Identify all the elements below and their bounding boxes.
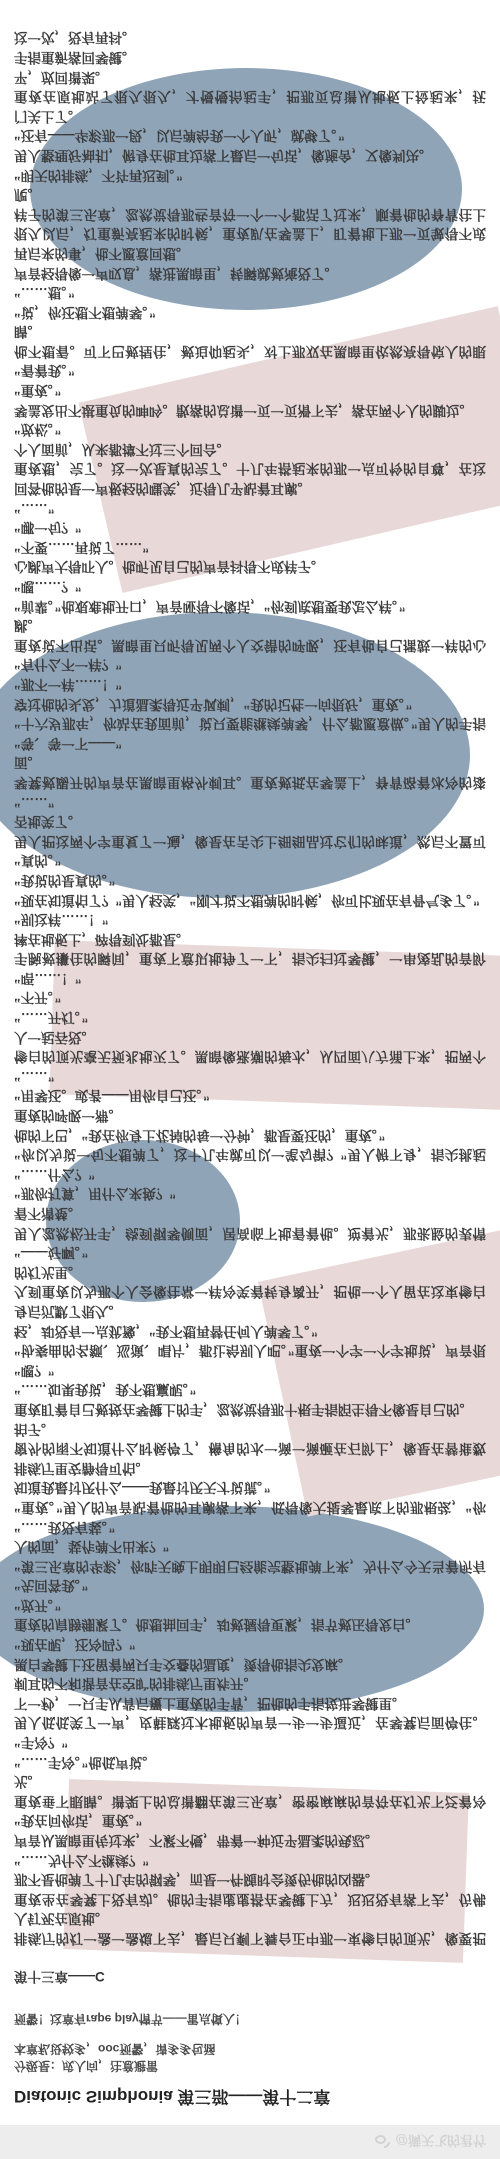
paragraph: 久到重夜以为那个人会像往常一样冷笑着转身离开，把他一个人留在这束惨白的灯光里。 xyxy=(14,1262,486,1301)
paragraph: 重夜说不出话。黑暗里只听得见两个人交错的呼吸，还有他自己擂鼓一样的心跳。 xyxy=(14,616,486,655)
paragraph: “不开。” xyxy=(14,988,486,1008)
paragraph: “重夜。” xyxy=(14,381,486,401)
paragraph: “前辈。”他艰难地开口，声音哑得不像话，“你到底想要我怎么样。” xyxy=(14,596,486,616)
paragraph: 男人低低笑了一声，皮鞋踩过木地板的声音一步一步逼近，在琴凳后面停住。下一秒，一只… xyxy=(14,1693,486,1732)
paragraph: 很久以后，灯重新亮起来的时候，重夜趴在琴盖上，盯着地上那一页皱得不成样子的第三乐… xyxy=(14,185,486,244)
paragraph: “唔……！” xyxy=(14,968,486,988)
paragraph: 刺耳的不和谐音在空旷的排练厅里炸开。 xyxy=(14,1674,486,1694)
paragraph: 男人整理好袖扣，俯身在他耳边落下最后一句话，像施舍，又像判决。 xyxy=(14,145,486,165)
paragraph: “用琴还。或者——用你自己还。” xyxy=(14,1086,486,1106)
content-warning-line: 预警！这章有rape play情节——雷点慎入！ xyxy=(14,2010,486,2027)
paragraph: 排练厅里安静得可怕。 xyxy=(14,1458,486,1478)
paragraph: “……手冷。”他低声说。 xyxy=(14,1752,486,1772)
paragraph: “我在问你话，重夜。” xyxy=(14,1811,486,1831)
paragraph: “真的。” xyxy=(14,851,486,871)
paragraph: “……” xyxy=(14,1066,486,1086)
paragraph: “……想。” xyxy=(14,283,486,303)
paragraph: 琴凳被踢开的声音在黑暗里格外刺耳。重夜被抵在琴盖上，脊背硌着冰冷的漆面。 xyxy=(14,753,486,792)
paragraph: “……” xyxy=(14,498,486,518)
paragraph: 惨白的顶光毫无预兆地灭了。黑暗像涨潮的海水，从四面八方涌上来，把两个人一起吞没。 xyxy=(14,1027,486,1066)
paragraph: 手腕被攥住的瞬间，重夜下意识地挣了一下，指尖扫过琴键，一串凌乱的音阶摔在地板上，… xyxy=(14,929,486,968)
paragraph: “第三乐章的华彩，你昨天晚上明明已经能完整地弹下来，为什么今天当着所有人的面，装… xyxy=(14,1537,486,1576)
page-title: Diatonic Simphonia 第三部——第十二章 xyxy=(14,2085,486,2108)
screenshot-canvas: @满天飞的君竹 Diatonic Simphonia 第三部——第十二章 分级是… xyxy=(0,0,500,2159)
paragraph: “……什么？” xyxy=(14,1164,486,1184)
paragraph: 窗外的雨不知道什么时候停了，檐角的水一滴一滴砸在石阶上，像是在替谁数拍子。 xyxy=(14,1419,486,1458)
paragraph: “等、等一下——” xyxy=(14,733,486,753)
chapter-body: 排练厅的灯一盏一盏熄下去，最后只剩下舞台正中那一束惨白的顶光，像要把人钉死在原地… xyxy=(0,28,500,1948)
watermark-text: @满天飞的君竹 xyxy=(395,2133,486,2152)
paragraph: 重夜的呼吸一滞。 xyxy=(14,1105,486,1125)
paragraph: 男人忽然松开手，绕到钢琴侧面，居高临下地看着他。逆着光，那张脸的表情看不清楚。 xyxy=(14,1203,486,1242)
paragraph: 男人把这两个字重复了一遍，像是在舌尖上细细品过它们的味道，然后不置可否地笑了。 xyxy=(14,812,486,851)
meta-line-disclaimer: 本章私设较多，ooc预警，请多多包涵 xyxy=(14,2040,486,2057)
paragraph: “那你打算，用什么来换？” xyxy=(14,1184,486,1204)
paragraph: “放松。” xyxy=(14,420,486,440)
paragraph: “有什么不一样？” xyxy=(14,655,486,675)
paragraph: “放开。” xyxy=(14,1595,486,1615)
paragraph: “明天的排练，不许再迟到。” xyxy=(14,165,486,185)
weibo-eye-icon xyxy=(375,2136,390,2149)
paragraph: “先回答我。” xyxy=(14,1576,486,1596)
paragraph: 重夜想，完了。这一次是真的完了。十几年搭起来的那一点可怜的自尊，在这个人面前，从… xyxy=(14,439,486,478)
paragraph: “……我没有装。” xyxy=(14,1517,486,1537)
paragraph: 门关上了。 xyxy=(14,106,486,126)
paragraph: 再后来的事，他不愿意回想。 xyxy=(14,243,486,263)
paragraph: “协奏曲的名额、巡演、唱片，都让给别人吧。”重夜一个字一个字地说，声音很轻，却没… xyxy=(14,1321,486,1360)
paragraph: “那不一样……！” xyxy=(14,674,486,694)
paragraph: “现在呢，还冷吗？” xyxy=(14,1635,486,1655)
paragraph: “……如果我说，我不想赢呢。” xyxy=(14,1380,486,1400)
paragraph: “十六岁那年，你站在我面前，说只要能继续弹琴，什么都愿意做。”男人的手指穿过他的… xyxy=(14,694,486,733)
paragraph: 重夜坐在琴凳上没有动。他的手指虚虚搭在琴键上方，迟迟没有落下去，仿佛那不是他弹了… xyxy=(14,1870,486,1909)
paragraph: “……为什么不继续？” xyxy=(14,1850,486,1870)
paragraph: “你以为说一句不想弹了，这十几年就可以一笔勾销？”男人俯下身，指尖挑起他的下巴，… xyxy=(14,1125,486,1164)
paragraph: 排练厅的灯一盏一盏熄下去，最后只剩下舞台正中那一束惨白的顶光，像要把人钉死在原地… xyxy=(14,1909,486,1948)
paragraph: “嗯……？” xyxy=(14,576,486,596)
paragraph: 琴盖发出不堪重负的呻吟。散落的总谱一页一页滑下去，落在两个人的脚边。 xyxy=(14,400,486,420)
paragraph: “重夜。”男人的声音贴着他的耳廓落下来，低得像大提琴最底下的那根弦，“你知道我最… xyxy=(14,1478,486,1517)
paragraph: “别这样……！” xyxy=(14,910,486,930)
watermark-bar: @满天飞的君竹 xyxy=(0,2125,500,2159)
paragraph: “手冷？” xyxy=(14,1732,486,1752)
paragraph: 重夜在原地站了很久很久，才慢慢抬起手，把那页总谱从地板上捡起来，抚平，放回谱架。 xyxy=(14,67,486,106)
paragraph: 重夜垂下眼睛。谱架上的总谱翻在第三乐章，密密麻麻的音符在灯光下泛着冷光。 xyxy=(14,1772,486,1811)
paragraph: 声音从黑暗里传过来，不紧不慢，带着一种近乎温柔的残忍。 xyxy=(14,1830,486,1850)
paragraph: 回答他的是一声极轻的嗤笑，近得几乎贴着耳廓。 xyxy=(14,478,486,498)
paragraph: 重夜盯着自己被按在琴键上的手，忽然觉得那十根手指陌生得不像是自己的。 xyxy=(14,1399,486,1419)
paragraph: “现在知道怕了？”男人轻笑，“刚才说不想弹的时候，你可比现在有骨气多了。” xyxy=(14,890,486,910)
weibo-watermark: @满天飞的君竹 xyxy=(375,2133,486,2152)
paragraph: “嗯？” xyxy=(14,1360,486,1380)
mirrored-document: @满天飞的君竹 Diatonic Simphonia 第三部——第十二章 分级是… xyxy=(0,0,500,2159)
paragraph: “还有——华彩那一段，以后弹给我一个人听，就够了。” xyxy=(14,126,486,146)
paragraph: “不要……再说了……” xyxy=(14,537,486,557)
paragraph: 黑白琴键上还留着两只手交叠的温度，烫得他指尖发麻。 xyxy=(14,1654,486,1674)
paragraph: 手指重新落回琴键。 xyxy=(14,47,486,67)
paragraph: “……” xyxy=(14,792,486,812)
paragraph: 他不想看。可下巴被捏住，被迫仰起头，对上那双在黑暗里依然亮得惊人的眼睛。 xyxy=(14,322,486,361)
paragraph: “我说的是真的。” xyxy=(14,870,486,890)
paragraph: 身后沉默了很久。 xyxy=(14,1301,486,1321)
paragraph: 声音轻得像一声叹息，落进黑暗里，转瞬就被淹没了。 xyxy=(14,263,486,283)
paragraph: “……开灯。” xyxy=(14,1008,486,1028)
paragraph: 心跳声大得吓人。他听见自己的声音抖得不成样子。 xyxy=(14,557,486,577)
paragraph: 重夜的肩膀绷紧了。他想抽回手，却被握得更紧，指节被压得发白。 xyxy=(14,1615,486,1635)
chapter-section-header: 第十三章——C xyxy=(14,1967,486,1986)
meta-line-rating: 分级是：成人向，注意避雷 xyxy=(14,2057,486,2074)
paragraph: “说，你还想不想弹琴。” xyxy=(14,302,486,322)
paragraph: “——好啊。” xyxy=(14,1243,486,1263)
title-block: Diatonic Simphonia 第三部——第十二章 分级是：成人向，注意避… xyxy=(0,1967,500,2108)
paragraph: “哪一句？” xyxy=(14,518,486,538)
paragraph: “看着我。” xyxy=(14,361,486,381)
paragraph: 这一次，没有再抖。 xyxy=(14,28,486,48)
